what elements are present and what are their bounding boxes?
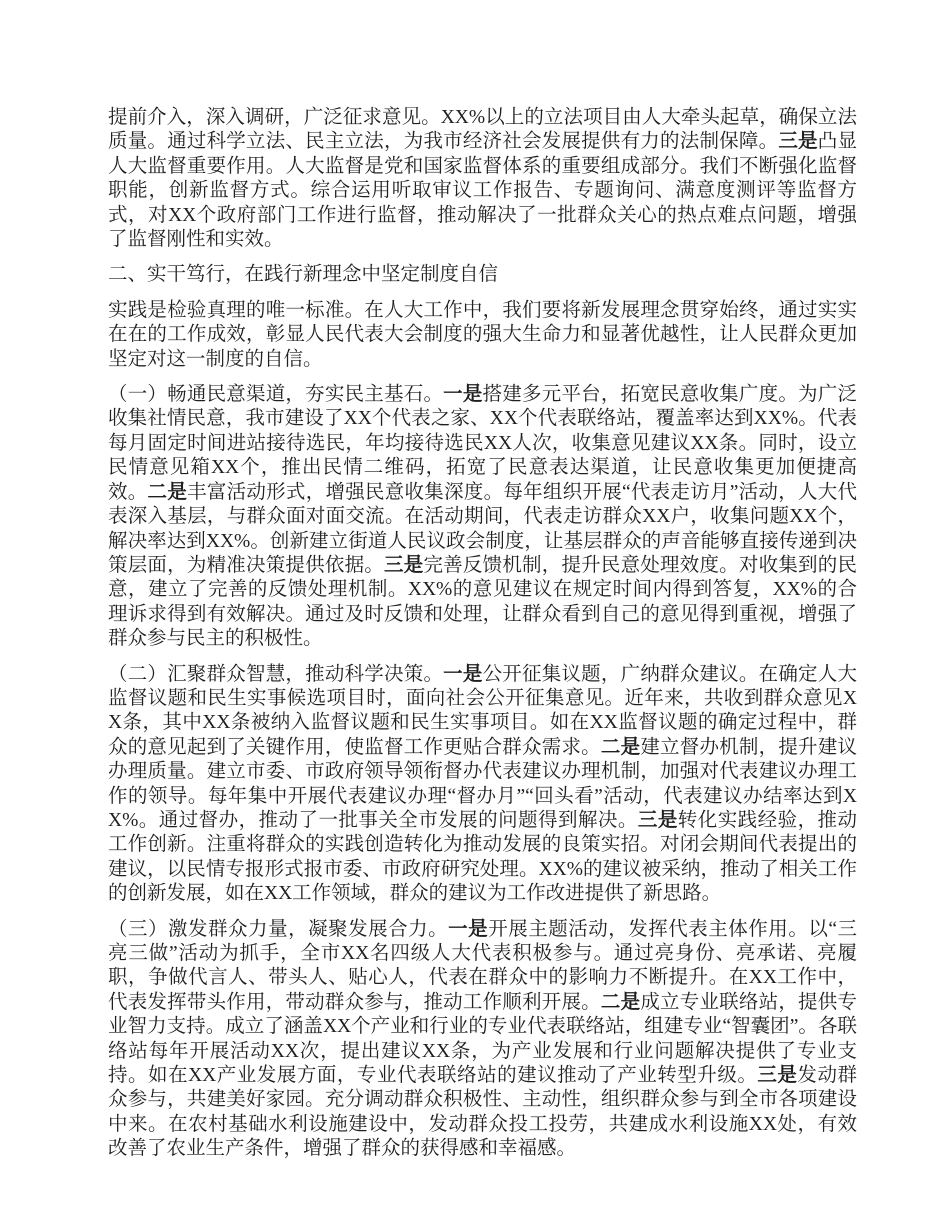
bold-run: 二是: [601, 992, 640, 1013]
bold-run: 二是: [148, 482, 188, 503]
text-run: 提前介入，深入调研，广泛征求意见。XX%以上的立法项目由人大牵头起草，确保立法质…: [108, 107, 857, 152]
section-heading: 二、实干笃行，在践行新理念中坚定制度自信: [108, 263, 857, 287]
text-run: （二）汇聚群众智慧，推动科学决策。: [108, 664, 443, 685]
bold-run: 三是: [778, 131, 817, 152]
text-run: 二、实干笃行，在践行新理念中坚定制度自信: [108, 264, 498, 285]
bold-run: 一是: [448, 919, 488, 940]
text-run: 实践是检验真理的唯一标准。在人大工作中，我们要将新发展理念贯穿始终，通过实实在在…: [108, 300, 857, 370]
document-page: 提前介入，深入调研，广泛征求意见。XX%以上的立法项目由人大牵头起草，确保立法质…: [0, 0, 950, 1230]
paragraph: 实践是检验真理的唯一标准。在人大工作中，我们要将新发展理念贯穿始终，通过实实在在…: [108, 299, 857, 372]
text-run: （三）激发群众力量，凝聚发展合力。: [108, 919, 448, 940]
bold-run: 二是: [601, 737, 640, 758]
bold-run: 一是: [443, 384, 482, 405]
document-body: 提前介入，深入调研，广泛征求意见。XX%以上的立法项目由人大牵头起草，确保立法质…: [0, 0, 950, 1162]
paragraph: 提前介入，深入调研，广泛征求意见。XX%以上的立法项目由人大牵头起草，确保立法质…: [108, 106, 857, 252]
bold-run: 一是: [443, 664, 482, 685]
text-run: （一）畅通民意渠道，夯实民主基石。: [108, 384, 443, 405]
bold-run: 三是: [384, 555, 423, 576]
paragraph: （一）畅通民意渠道，夯实民主基石。一是搭建多元平台，拓宽民意收集广度。为广泛收集…: [108, 383, 857, 651]
paragraph: （二）汇聚群众智慧，推动科学决策。一是公开征集议题，广纳群众建议。在确定人大监督…: [108, 663, 857, 907]
bold-run: 三是: [638, 810, 678, 831]
paragraph: （三）激发群众力量，凝聚发展合力。一是开展主题活动，发挥代表主体作用。以“三亮三…: [108, 918, 857, 1162]
bold-run: 三是: [757, 1065, 797, 1086]
